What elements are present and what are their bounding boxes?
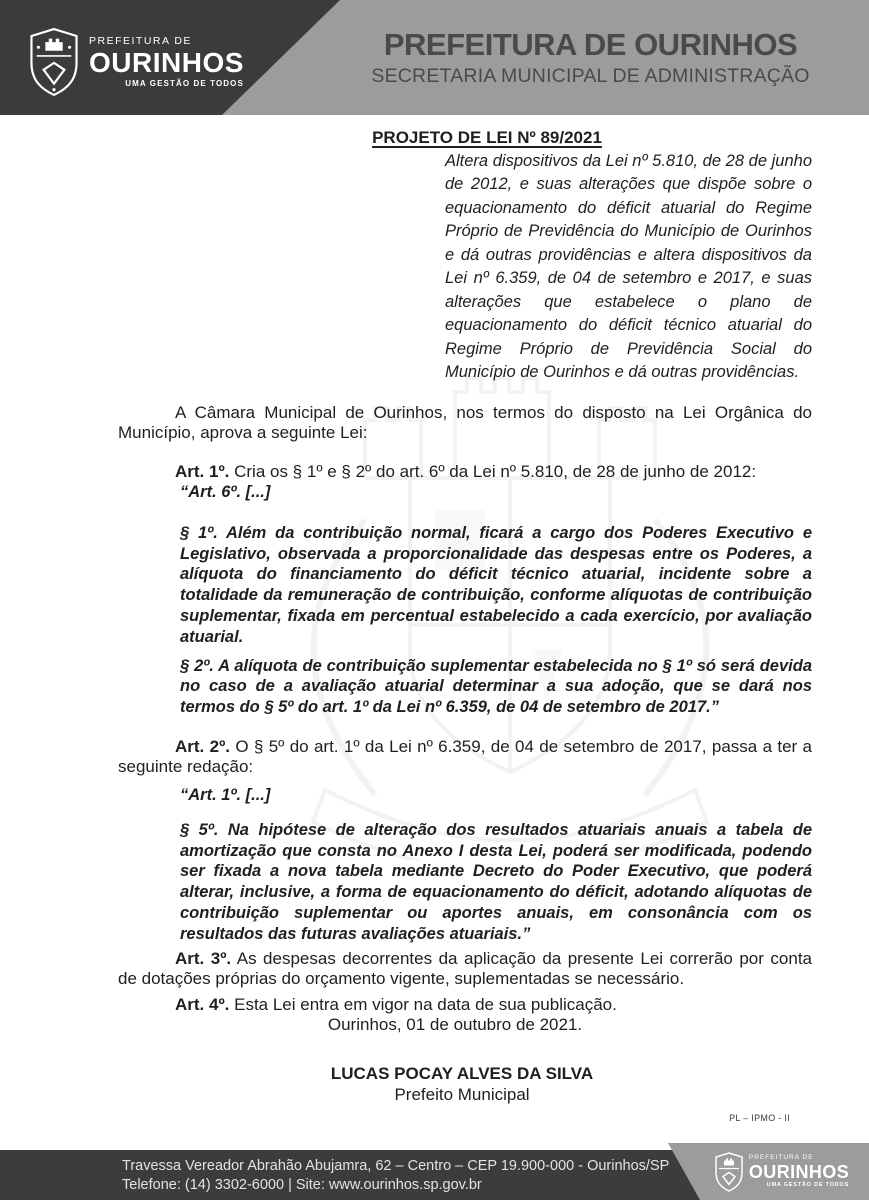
article-4: Art. 4º. Esta Lei entra em vigor na data…: [118, 995, 812, 1016]
signature-role: Prefeito Municipal: [115, 1085, 809, 1106]
footer-city-logo: PREFEITURA DE OURINHOS UMA GESTÃO DE TOD…: [714, 1151, 849, 1193]
footer-badge: PREFEITURA DE OURINHOS UMA GESTÃO DE TOD…: [668, 1143, 869, 1200]
dateline: Ourinhos, 01 de outubro de 2021.: [108, 1015, 802, 1036]
article-4-label: Art. 4º.: [175, 995, 229, 1014]
signature-name: LUCAS POCAY ALVES DA SILVA: [115, 1064, 809, 1085]
footer-phone-site: Telefone: (14) 3302-6000 | Site: www.our…: [122, 1176, 669, 1195]
coat-of-arms-icon: [28, 26, 80, 98]
footer-address: Travessa Vereador Abrahão Abujamra, 62 –…: [122, 1157, 669, 1176]
document-title: PROJETO DE LEI Nº 89/2021: [140, 128, 834, 149]
quote1-paragraph-1: § 1º. Além da contribuição normal, ficar…: [180, 523, 812, 648]
article-4-text: Esta Lei entra em vigor na data de sua p…: [229, 995, 616, 1014]
article-1-label: Art. 1º.: [175, 462, 229, 481]
document-page: PREFEITURA DE OURINHOS UMA GESTÃO DE TOD…: [0, 0, 869, 1200]
footer-logo-text: PREFEITURA DE OURINHOS UMA GESTÃO DE TOD…: [749, 1155, 849, 1189]
document-code: PL – IPMO - II: [118, 1108, 812, 1129]
footer-logo-eyebrow: PREFEITURA DE: [749, 1155, 849, 1162]
quote1-paragraph-2: § 2º. A alíquota de contribuição supleme…: [180, 656, 812, 718]
quote1-heading: “Art. 6º. [...]: [180, 482, 812, 503]
ementa-paragraph: Altera dispositivos da Lei nº 5.810, de …: [445, 150, 812, 385]
article-2: Art. 2º. O § 5º do art. 1º da Lei nº 6.3…: [118, 737, 812, 778]
article-1: Art. 1º. Cria os § 1º e § 2º do art. 6º …: [118, 462, 812, 483]
article-3-label: Art. 3º.: [175, 949, 231, 968]
footer-logo-name: OURINHOS: [749, 1163, 849, 1181]
article-2-label: Art. 2º.: [175, 737, 230, 756]
quote2-heading: “Art. 1º. [...]: [180, 785, 812, 806]
quote2-paragraph-1: § 5º. Na hipótese de alteração dos resul…: [180, 820, 812, 945]
footer-logo-tagline: UMA GESTÃO DE TODOS: [749, 1183, 849, 1189]
footer-coat-of-arms-icon: [714, 1151, 744, 1193]
article-1-text: Cria os § 1º e § 2º do art. 6º da Lei nº…: [229, 462, 756, 481]
footer-contact: Travessa Vereador Abrahão Abujamra, 62 –…: [122, 1157, 669, 1195]
preamble-paragraph: A Câmara Municipal de Ourinhos, nos term…: [118, 403, 812, 444]
article-3: Art. 3º. As despesas decorrentes da apli…: [118, 949, 812, 990]
page-footer: Travessa Vereador Abrahão Abujamra, 62 –…: [0, 1150, 869, 1200]
document-body: PROJETO DE LEI Nº 89/2021 Altera disposi…: [118, 0, 812, 1128]
